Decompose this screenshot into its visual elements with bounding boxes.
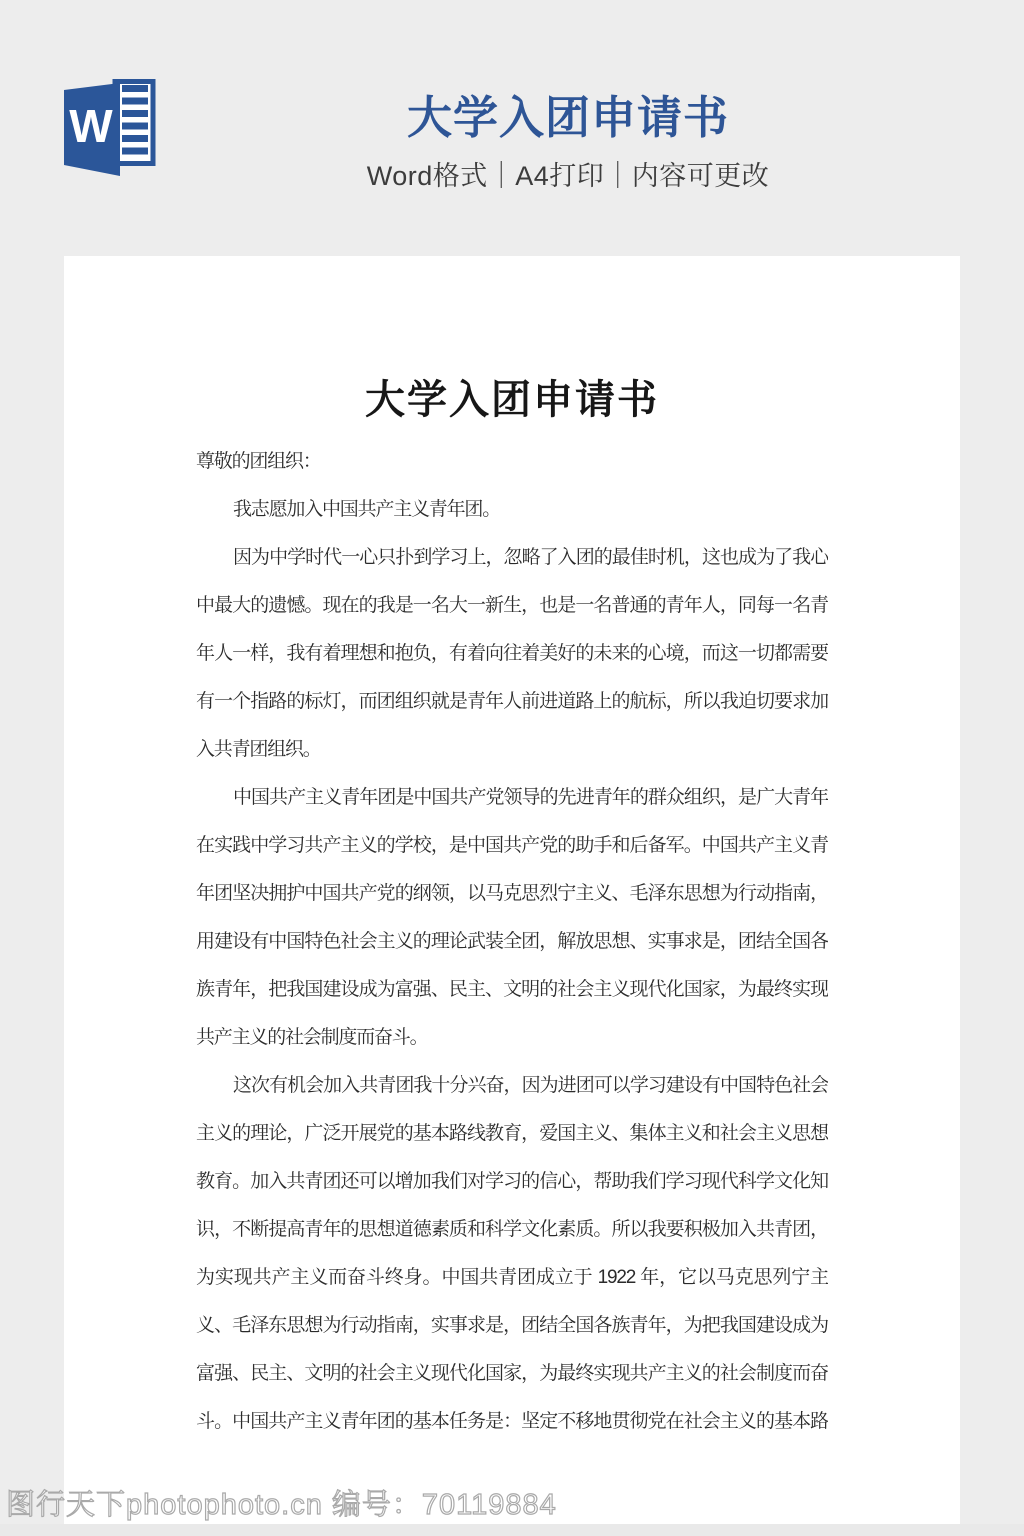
watermark-text: 图行天下photophoto.cn 编号：70119884 [6, 1482, 557, 1523]
salutation: 尊敬的团组织： [196, 438, 828, 486]
watermark-strip [0, 1524, 1024, 1536]
header-subtitle: Word格式｜A4打印｜内容可更改 [112, 154, 1024, 193]
document-body: 尊敬的团组织： 我志愿加入中国共产主义青年团。 因为中学时代一心只扑到学习上，忽… [196, 438, 828, 1446]
header-title: 大学入团申请书 [112, 92, 1024, 144]
paragraph-3: 中国共产主义青年团是中国共产党领导的先进青年的群众组织，是广大青年在实践中学习共… [196, 774, 828, 1062]
paragraph-4: 这次有机会加入共青团我十分兴奋，因为进团可以学习建设有中国特色社会主义的理论，广… [196, 1062, 828, 1446]
paragraph-1: 我志愿加入中国共产主义青年团。 [196, 486, 828, 534]
header: W 大学入团申请书 Word格式｜A4打印｜内容可更改 [0, 0, 1024, 256]
document-title: 大学入团申请书 [196, 376, 828, 424]
document-page: 大学入团申请书 尊敬的团组织： 我志愿加入中国共产主义青年团。 因为中学时代一心… [64, 256, 960, 1536]
paragraph-2: 因为中学时代一心只扑到学习上，忽略了入团的最佳时机，这也成为了我心中最大的遗憾。… [196, 534, 828, 774]
header-text: 大学入团申请书 Word格式｜A4打印｜内容可更改 [0, 0, 1024, 193]
